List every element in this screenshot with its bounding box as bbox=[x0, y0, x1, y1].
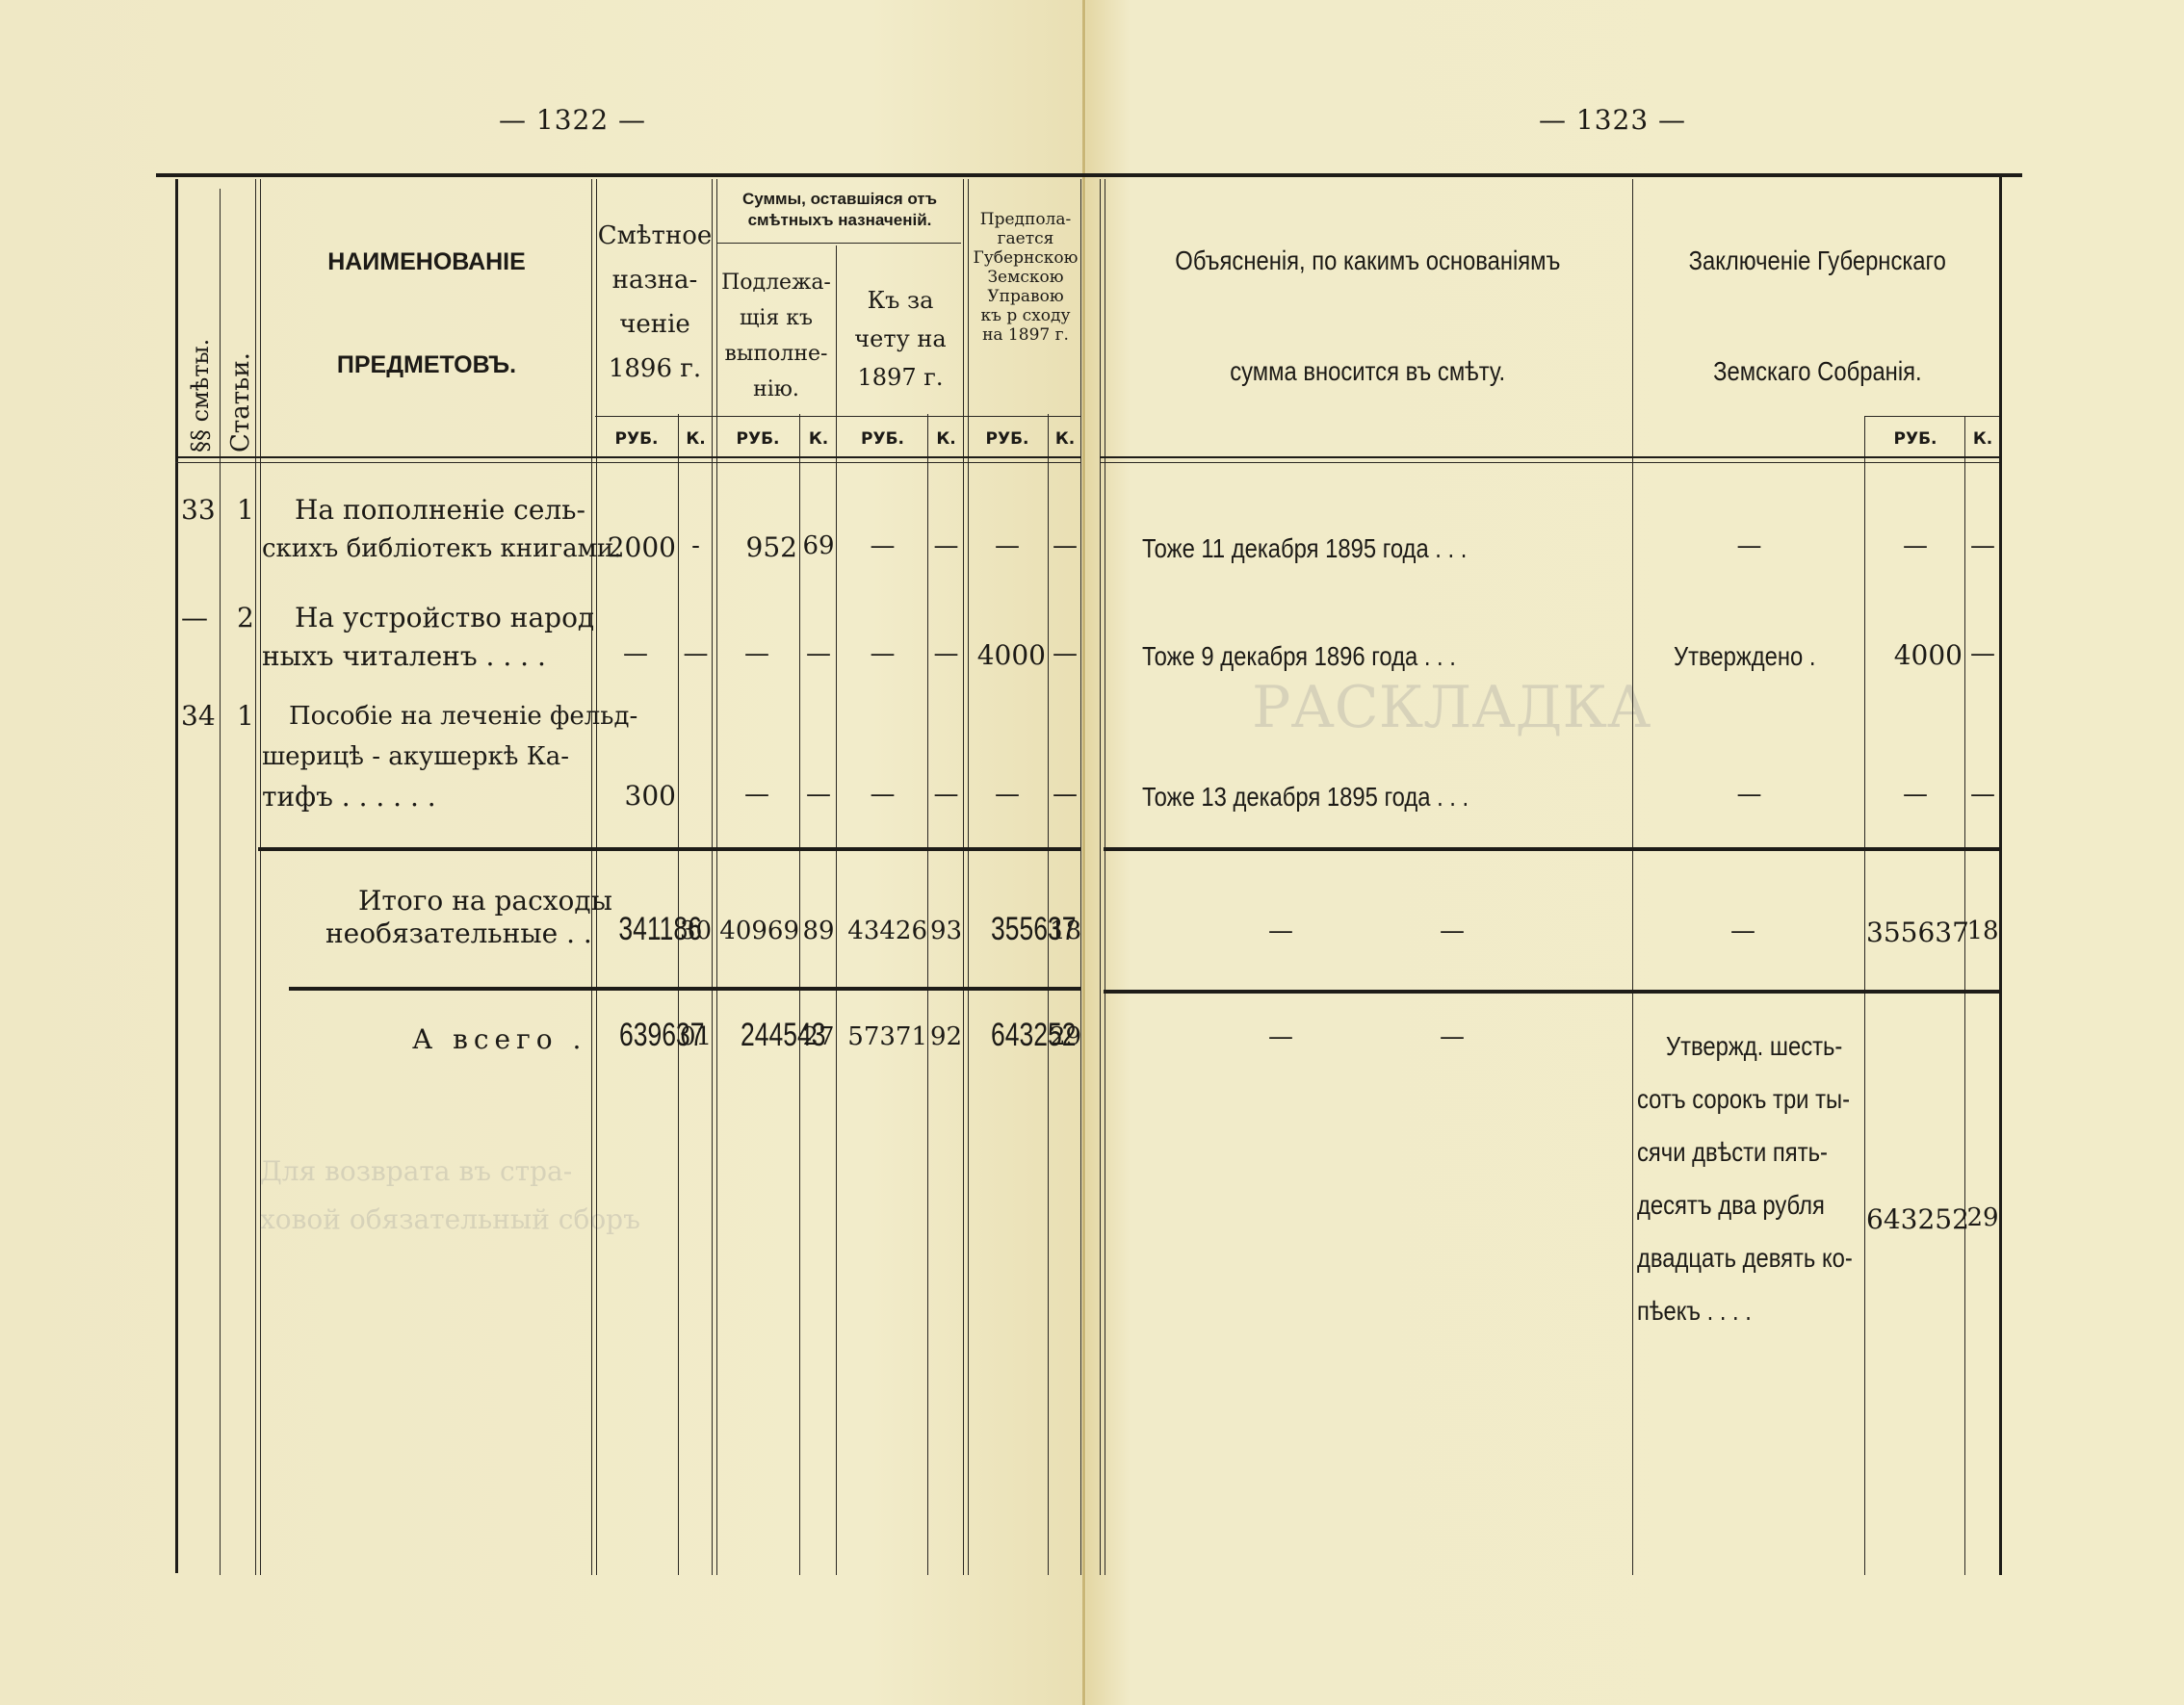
header-bottom-rule bbox=[1100, 462, 1999, 463]
unit-rub: РУБ. bbox=[838, 429, 927, 449]
col-border bbox=[1100, 179, 1105, 1575]
explanation-dash: — bbox=[1261, 917, 1300, 945]
col-border bbox=[1048, 414, 1049, 1575]
concl-kop: — bbox=[1966, 531, 1999, 560]
credit-rub: 57371 bbox=[838, 1022, 927, 1051]
row-name-line: скихъ библіотекъ книгами. bbox=[262, 531, 589, 566]
credit-rub: — bbox=[838, 780, 927, 809]
concl-rub: 4000 bbox=[1866, 639, 1963, 671]
header-article: Статьи. bbox=[226, 352, 255, 452]
proposed-rub: — bbox=[967, 531, 1048, 560]
header-name-line2: ПРЕДМЕТОВЪ. bbox=[262, 351, 591, 379]
proposed-rub: — bbox=[967, 780, 1048, 809]
header-estimate: Смѣтное назна- ченіе 1896 г. bbox=[597, 214, 713, 391]
exec-kop: 89 bbox=[801, 917, 836, 945]
row-explanation: Тоже 11 декабря 1895 года . . . bbox=[1142, 531, 1524, 566]
row-article: 2 bbox=[237, 601, 254, 635]
estimate-rub: 300 bbox=[595, 780, 676, 812]
subtotal-rule bbox=[258, 847, 1080, 851]
unit-row-rule bbox=[595, 416, 1080, 417]
explanation-dash: — bbox=[1433, 1022, 1471, 1051]
concl-kop: — bbox=[1966, 639, 1999, 668]
header-bottom-rule bbox=[1100, 456, 1999, 458]
concl-rub: — bbox=[1866, 531, 1964, 560]
exec-rub: — bbox=[716, 639, 797, 668]
unit-kop: К. bbox=[801, 429, 836, 449]
unit-rub: РУБ. bbox=[716, 429, 799, 449]
row-name-line: ныхъ читаленъ . . . . bbox=[262, 639, 589, 674]
exec-rub: 952 bbox=[716, 531, 797, 563]
header-bottom-rule bbox=[175, 456, 1080, 458]
unit-row-rule bbox=[1864, 416, 1999, 417]
header-name-line1: НАИМЕНОВАНІЕ bbox=[262, 248, 591, 276]
concl-kop: 18 bbox=[1966, 917, 1999, 945]
subtotal-rule bbox=[1104, 847, 1999, 851]
total-label: А всего . bbox=[412, 1022, 586, 1057]
col-border bbox=[678, 414, 679, 1575]
explanation-dash: — bbox=[1261, 1022, 1300, 1051]
unit-rub: РУБ. bbox=[967, 429, 1048, 449]
total-rule bbox=[1104, 990, 1999, 994]
row-conclusion: — bbox=[1634, 531, 1864, 560]
header-conclusion-line2: Земскаго Собранія. bbox=[1634, 356, 2000, 387]
proposed-kop: 18 bbox=[1050, 917, 1080, 945]
credit-kop: — bbox=[929, 780, 963, 809]
estimate-kop: 01 bbox=[680, 1022, 712, 1051]
col-border bbox=[1964, 416, 1965, 1575]
bleed-through-text: Для возврата въ стра- bbox=[260, 1155, 572, 1187]
page-number-left: — 1322 — bbox=[499, 104, 646, 136]
col-border bbox=[255, 179, 261, 1575]
row-explanation: Тоже 9 декабря 1896 года . . . bbox=[1142, 639, 1511, 674]
row-article: 1 bbox=[237, 493, 254, 528]
exec-kop: — bbox=[801, 639, 836, 668]
row-conclusion: — bbox=[1724, 917, 1762, 945]
row-name-line: На устройство народ bbox=[295, 601, 584, 635]
header-remaining-credit: Къ за чету на 1897 г. bbox=[838, 281, 963, 397]
page-number-right: — 1323 — bbox=[1539, 104, 1686, 136]
estimate-kop: — bbox=[680, 639, 712, 668]
row-name-line: На пополненіе сель- bbox=[295, 493, 584, 528]
table-top-rule-right bbox=[1086, 173, 2022, 177]
estimate-kop: - bbox=[680, 531, 712, 560]
exec-kop: 27 bbox=[801, 1022, 836, 1051]
proposed-kop: — bbox=[1050, 531, 1080, 560]
header-bottom-rule bbox=[175, 462, 1080, 463]
proposed-rub: 355637 bbox=[967, 911, 1048, 948]
credit-rub: — bbox=[838, 639, 927, 668]
proposed-kop: — bbox=[1050, 639, 1080, 668]
row-name-line: Пособіе на леченіе фельд- bbox=[289, 699, 587, 734]
bleed-through-text: ховой обязательный сборъ bbox=[260, 1203, 640, 1235]
credit-rub: 43426 bbox=[838, 917, 927, 945]
unit-kop: К. bbox=[929, 429, 963, 449]
col-border bbox=[1864, 416, 1865, 1575]
proposed-kop: 29 bbox=[1050, 1022, 1080, 1051]
total-rule bbox=[289, 987, 1080, 991]
row-section: 33 bbox=[181, 493, 216, 528]
header-explanation-line1: Объясненія, по какимъ основаніямъ bbox=[1104, 245, 1632, 276]
bleed-through-text: РАСКЛАДКА bbox=[1252, 674, 1651, 741]
exec-rub: 40969 bbox=[716, 917, 799, 945]
row-conclusion: Утверждено . bbox=[1674, 639, 1841, 674]
unit-rub: РУБ. bbox=[595, 429, 678, 449]
subtotal-label-line: Итого на расходы bbox=[358, 884, 612, 918]
estimate-rub: 2000 bbox=[595, 531, 676, 563]
col-border bbox=[836, 245, 837, 1575]
exec-kop: 69 bbox=[801, 531, 836, 560]
credit-kop: — bbox=[929, 639, 963, 668]
unit-kop: К. bbox=[1050, 429, 1080, 449]
header-explanation-line2: сумма вносится въ смѣту. bbox=[1104, 356, 1632, 387]
estimate-rub: 639637 bbox=[595, 1017, 678, 1054]
col-border bbox=[175, 179, 178, 1573]
col-border bbox=[963, 179, 969, 1575]
table-top-rule bbox=[156, 173, 1086, 177]
row-name-line: тифъ . . . . . . bbox=[262, 780, 589, 814]
proposed-rub: 4000 bbox=[967, 639, 1046, 671]
row-article: 1 bbox=[237, 699, 254, 734]
col-border bbox=[927, 414, 928, 1575]
unit-kop: К. bbox=[680, 429, 712, 449]
credit-kop: 93 bbox=[929, 917, 963, 945]
exec-rub: 244543 bbox=[716, 1017, 799, 1054]
concl-rub: — bbox=[1866, 780, 1964, 809]
row-name-line: шерицѣ - акушеркѣ Ка- bbox=[262, 739, 589, 774]
header-remaining-exec: Подлежа- щія къ выполне- нію. bbox=[716, 265, 836, 407]
row-explanation: Тоже 13 декабря 1895 года . . . bbox=[1142, 780, 1526, 814]
concl-rub: 643252 bbox=[1866, 1203, 1963, 1235]
col-border bbox=[1080, 179, 1081, 1575]
proposed-kop: — bbox=[1050, 780, 1080, 809]
unit-kop: К. bbox=[1966, 429, 1999, 449]
credit-rub: — bbox=[838, 531, 927, 560]
col-border bbox=[1632, 179, 1633, 1575]
col-border bbox=[799, 414, 800, 1575]
estimate-kop: 30 bbox=[680, 917, 712, 945]
group-header-rule bbox=[716, 243, 961, 244]
col-border bbox=[220, 189, 221, 1575]
explanation-dash: — bbox=[1433, 917, 1471, 945]
row-section: 34 bbox=[181, 699, 216, 734]
credit-kop: — bbox=[929, 531, 963, 560]
header-remaining-group: Суммы, оставшіяся отъ смѣтныхъ назначені… bbox=[716, 189, 963, 231]
header-section-number: §§ смѣты. bbox=[187, 339, 214, 452]
exec-rub: — bbox=[716, 780, 797, 809]
total-conclusion-text: Утвержд. шесть- сотъ сорокъ три ты- сячи… bbox=[1637, 1020, 1864, 1338]
header-conclusion-line1: Заключеніе Губернскаго bbox=[1634, 245, 2000, 276]
concl-kop: — bbox=[1966, 780, 1999, 809]
unit-rub: РУБ. bbox=[1866, 429, 1964, 449]
concl-kop: 29 bbox=[1966, 1203, 1999, 1232]
header-proposed: Предпола- гается Губернскою Земскою Упра… bbox=[967, 210, 1084, 345]
estimate-rub: 341186 bbox=[595, 911, 678, 948]
concl-rub: 355637 bbox=[1866, 917, 1963, 948]
subtotal-label-line: необязательные . . bbox=[325, 917, 592, 951]
row-conclusion: — bbox=[1634, 780, 1864, 809]
proposed-rub: 643252 bbox=[967, 1017, 1048, 1054]
estimate-rub: — bbox=[595, 639, 676, 668]
row-section: — bbox=[181, 601, 208, 635]
exec-kop: — bbox=[801, 780, 836, 809]
credit-kop: 92 bbox=[929, 1022, 963, 1051]
